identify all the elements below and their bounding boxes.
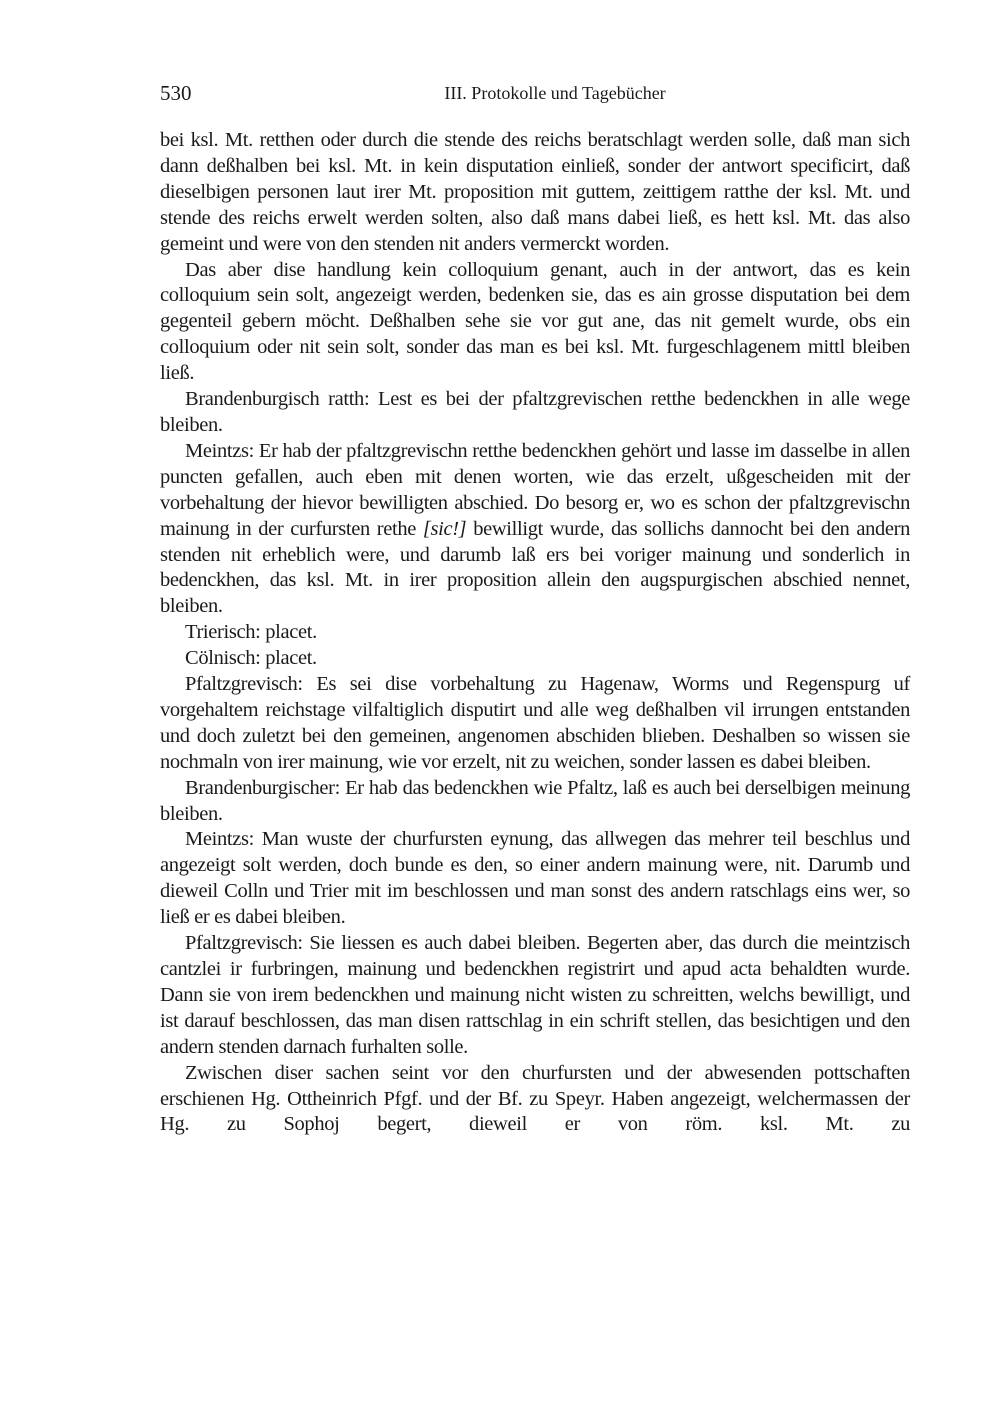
paragraph-palatinate-1: Pfaltzgrevisch: Es sei dise vorbehaltung… <box>160 672 910 776</box>
running-head: 530 III. Protokolle und Tagebücher <box>160 78 910 108</box>
paragraph-trier: Trierisch: placet. <box>160 620 910 646</box>
body-text: bei ksl. Mt. retthen oder durch die sten… <box>160 128 910 1138</box>
paragraph-mainz-2: Meintzs: Man wuste der churfursten eynun… <box>160 827 910 931</box>
paragraph-brandenburg-1: Brandenburgisch ratth: Lest es bei der p… <box>160 387 910 439</box>
paragraph-cologne: Cölnisch: placet. <box>160 646 910 672</box>
paragraph-colloquium: Das aber dise handlung kein colloquium g… <box>160 258 910 388</box>
paragraph-zwischen: Zwischen diser sachen seint vor den chur… <box>160 1061 910 1139</box>
paragraph-continuation: bei ksl. Mt. retthen oder durch die sten… <box>160 128 910 258</box>
paragraph-palatinate-2: Pfaltzgrevisch: Sie liessen es auch dabe… <box>160 931 910 1061</box>
paragraph-brandenburg-2: Brandenburgischer: Er hab das bedenckhen… <box>160 776 910 828</box>
sic-annotation: [sic!] <box>423 518 466 540</box>
running-title: III. Protokolle und Tagebücher <box>160 78 910 108</box>
document-page: 530 III. Protokolle und Tagebücher bei k… <box>160 78 910 1138</box>
paragraph-mainz-1: Meintzs: Er hab der pfaltzgrevischn rett… <box>160 439 910 620</box>
